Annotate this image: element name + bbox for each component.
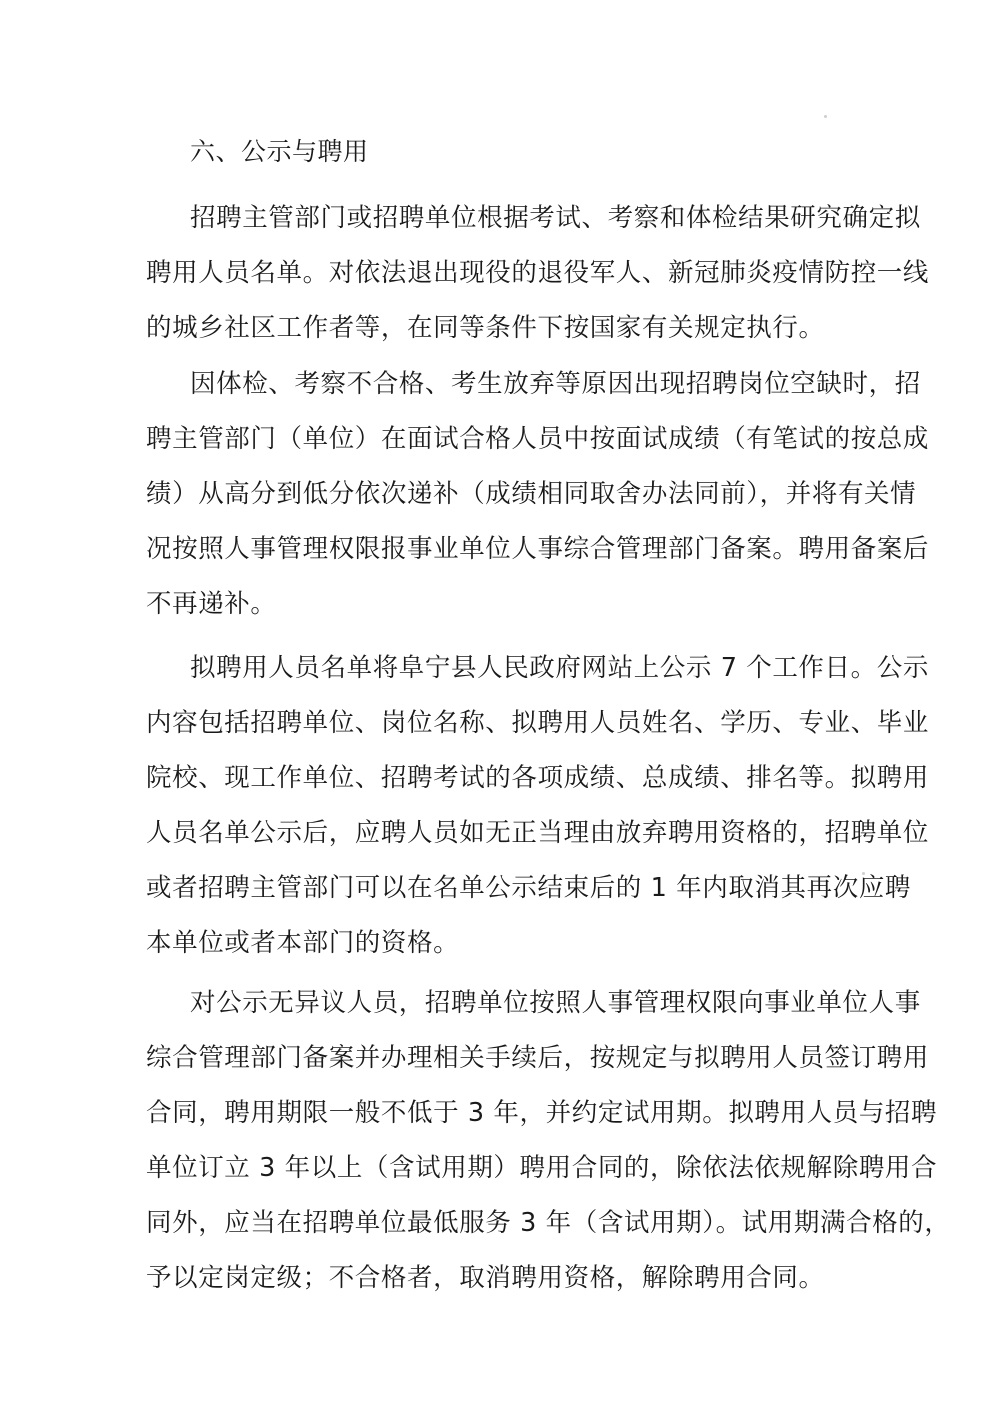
paragraph-line: 或者招聘主管部门可以在名单公示结束后的 1 年内取消其再次应聘 xyxy=(146,870,866,925)
paragraph-line: 合同，聘用期限一般不低于 3 年，并约定试用期。拟聘用人员与招聘 xyxy=(146,1095,866,1150)
paragraph-line: 内容包括招聘单位、岗位名称、拟聘用人员姓名、学历、专业、毕业 xyxy=(146,705,866,760)
scan-speck xyxy=(862,872,865,875)
paragraph-line: 招聘主管部门或招聘单位根据考试、考察和体检结果研究确定拟 xyxy=(146,200,866,255)
paragraph-vacancy-replacement: 因体检、考察不合格、考生放弃等原因出现招聘岗位空缺时，招 聘主管部门（单位）在面… xyxy=(146,366,866,641)
paragraph-ranking-list: 招聘主管部门或招聘单位根据考试、考察和体检结果研究确定拟 聘用人员名单。对依法退… xyxy=(146,200,866,365)
paragraph-line: 同外，应当在招聘单位最低服务 3 年（含试用期）。试用期满合格的， xyxy=(146,1205,866,1260)
paragraph-line: 单位订立 3 年以上（含试用期）聘用合同的，除依法依规解除聘用合 xyxy=(146,1150,866,1205)
paragraph-line: 予以定岗定级；不合格者，取消聘用资格，解除聘用合同。 xyxy=(146,1260,866,1315)
paragraph-line: 本单位或者本部门的资格。 xyxy=(146,925,866,980)
scan-speck xyxy=(824,115,827,118)
paragraph-line: 对公示无异议人员，招聘单位按照人事管理权限向事业单位人事 xyxy=(146,985,866,1040)
paragraph-line: 绩）从高分到低分依次递补（成绩相同取舍办法同前），并将有关情 xyxy=(146,476,866,531)
paragraph-contract-signing: 对公示无异议人员，招聘单位按照人事管理权限向事业单位人事 综合管理部门备案并办理… xyxy=(146,985,866,1315)
paragraph-line: 聘用人员名单。对依法退出现役的退役军人、新冠肺炎疫情防控一线 xyxy=(146,255,866,310)
paragraph-line: 不再递补。 xyxy=(146,586,866,641)
paragraph-public-notice: 拟聘用人员名单将阜宁县人民政府网站上公示 7 个工作日。公示 内容包括招聘单位、… xyxy=(146,650,866,980)
paragraph-line: 院校、现工作单位、招聘考试的各项成绩、总成绩、排名等。拟聘用 xyxy=(146,760,866,815)
paragraph-line: 的城乡社区工作者等，在同等条件下按国家有关规定执行。 xyxy=(146,310,866,365)
paragraph-line: 因体检、考察不合格、考生放弃等原因出现招聘岗位空缺时，招 xyxy=(146,366,866,421)
paragraph-line: 况按照人事管理权限报事业单位人事综合管理部门备案。聘用备案后 xyxy=(146,531,866,586)
paragraph-line: 聘主管部门（单位）在面试合格人员中按面试成绩（有笔试的按总成 xyxy=(146,421,866,476)
paragraph-line: 人员名单公示后，应聘人员如无正当理由放弃聘用资格的，招聘单位 xyxy=(146,815,866,870)
paragraph-line: 综合管理部门备案并办理相关手续后，按规定与拟聘用人员签订聘用 xyxy=(146,1040,866,1095)
document-page: 六、公示与聘用 招聘主管部门或招聘单位根据考试、考察和体检结果研究确定拟 聘用人… xyxy=(0,0,1000,1414)
paragraph-line: 拟聘用人员名单将阜宁县人民政府网站上公示 7 个工作日。公示 xyxy=(146,650,866,705)
section-heading: 六、公示与聘用 xyxy=(190,134,369,170)
